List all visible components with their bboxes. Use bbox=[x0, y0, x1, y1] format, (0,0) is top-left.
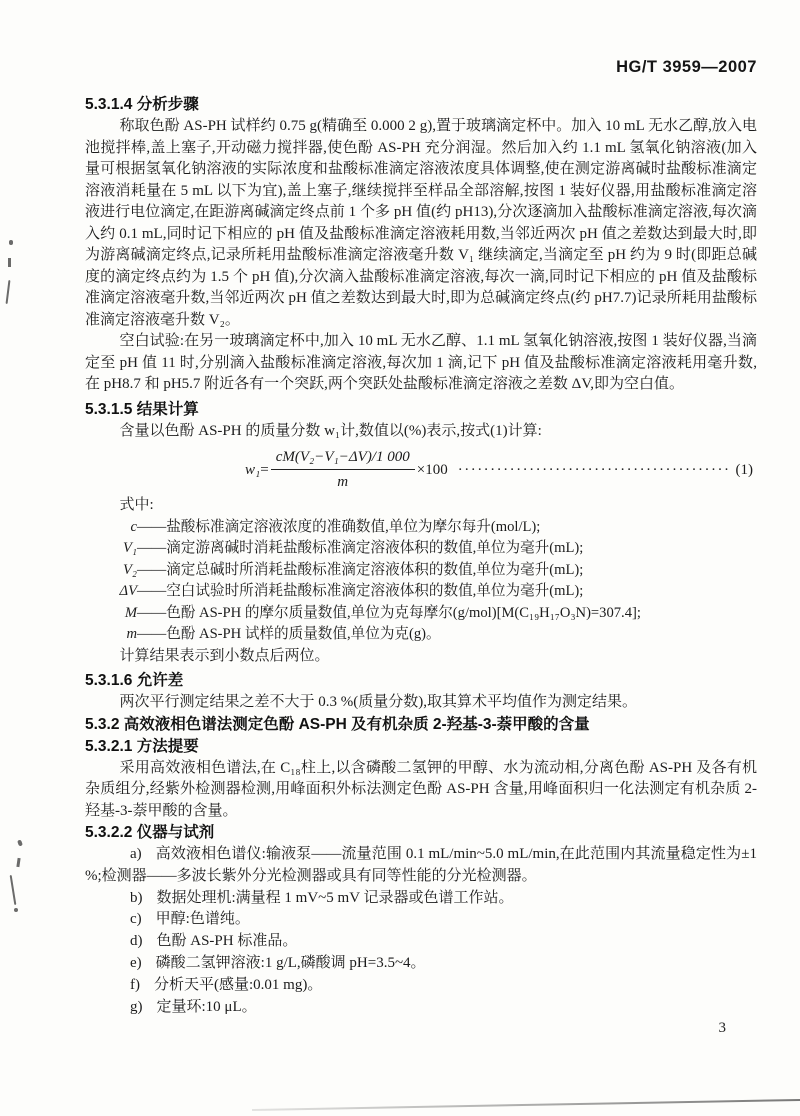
definition-row-m: m ——色酚 AS-PH 试样的质量数值,单位为克(g)。 bbox=[85, 624, 757, 646]
item-text: 定量环:10 μL。 bbox=[157, 999, 257, 1015]
section-heading-5315: 5.3.1.5 结果计算 bbox=[85, 399, 757, 421]
definition-term: c bbox=[85, 517, 137, 539]
equipment-item-d: d)色酚 AS-PH 标准品。 bbox=[85, 931, 757, 953]
definition-desc: ——滴定游离碱时消耗盐酸标准滴定溶液体积的数值,单位为毫升(mL); bbox=[137, 538, 757, 560]
formula-equals-sign: = bbox=[260, 460, 268, 480]
margin-pen-mark bbox=[10, 875, 17, 905]
margin-pen-mark bbox=[14, 908, 18, 912]
formula-denominator: m bbox=[271, 470, 415, 492]
formula-dot-leader: ········································… bbox=[458, 460, 728, 480]
scanned-document-page: HG/T 3959—2007 5.3.1.4 分析步骤 称取色酚 AS-PH 试… bbox=[0, 0, 800, 1116]
where-label: 式中: bbox=[85, 495, 757, 517]
definition-desc: ——盐酸标准滴定溶液浓度的准确数值,单位为摩尔每升(mol/L); bbox=[137, 517, 757, 539]
page-number: 3 bbox=[719, 1020, 727, 1037]
margin-pen-mark bbox=[16, 858, 20, 867]
equipment-item-b: b)数据处理机:满量程 1 mV~5 mV 记录器或色谱工作站。 bbox=[85, 888, 757, 910]
item-text: 分析天平(感量:0.01 mg)。 bbox=[154, 977, 322, 993]
definition-row-M: M ——色酚 AS-PH 的摩尔质量数值,单位为克每摩尔(g/mol)[M(C₁… bbox=[85, 603, 757, 625]
calc-intro-paragraph: 含量以色酚 AS-PH 的质量分数 w₁计,数值以(%)表示,按式(1)计算: bbox=[85, 421, 757, 443]
item-letter: a) bbox=[130, 846, 156, 862]
item-letter: g) bbox=[130, 999, 157, 1015]
margin-pen-mark bbox=[8, 258, 11, 267]
formula-multiplier: ×100 bbox=[417, 460, 448, 480]
formula-lhs: w₁ bbox=[245, 460, 260, 480]
definition-row-dv: ΔV ——空白试验时所消耗盐酸标准滴定溶液体积的数值,单位为毫升(mL); bbox=[85, 581, 757, 603]
margin-pen-mark bbox=[17, 839, 23, 846]
equipment-item-f: f)分析天平(感量:0.01 mg)。 bbox=[85, 975, 757, 997]
equipment-item-e: e)磷酸二氢钾溶液:1 g/L,磷酸调 pH=3.5~4。 bbox=[85, 953, 757, 975]
definition-desc: ——色酚 AS-PH 的摩尔质量数值,单位为克每摩尔(g/mol)[M(C₁₉H… bbox=[137, 603, 757, 625]
definition-term: V₂ bbox=[85, 560, 137, 582]
item-text: 高效液相色谱仪:输液泵——流量范围 0.1 mL/min~5.0 mL/min,… bbox=[85, 846, 757, 884]
margin-pen-mark bbox=[6, 280, 11, 304]
definition-term: M bbox=[85, 603, 137, 625]
margin-pen-mark bbox=[9, 240, 13, 245]
definition-row-v2: V₂ ——滴定总碱时所消耗盐酸标准滴定溶液体积的数值,单位为毫升(mL); bbox=[85, 560, 757, 582]
definition-desc: ——色酚 AS-PH 试样的质量数值,单位为克(g)。 bbox=[137, 624, 757, 646]
scanned-page-edge-line bbox=[252, 1099, 800, 1111]
formula-numerator: cM(V₂−V₁−ΔV)/1 000 bbox=[271, 447, 415, 470]
formula-fraction: cM(V₂−V₁−ΔV)/1 000 m bbox=[271, 447, 415, 492]
item-text: 磷酸二氢钾溶液:1 g/L,磷酸调 pH=3.5~4。 bbox=[156, 955, 426, 971]
definition-term: V₁ bbox=[85, 538, 137, 560]
section-heading-532: 5.3.2 高效液相色谱法测定色酚 AS-PH 及有机杂质 2-羟基-3-萘甲酸… bbox=[85, 714, 757, 736]
item-letter: b) bbox=[130, 890, 157, 906]
definition-desc: ——空白试验时所消耗盐酸标准滴定溶液体积的数值,单位为毫升(mL); bbox=[137, 581, 757, 603]
page-content: HG/T 3959—2007 5.3.1.4 分析步骤 称取色酚 AS-PH 试… bbox=[85, 56, 757, 1018]
definition-term: m bbox=[85, 624, 137, 646]
definition-term: ΔV bbox=[85, 581, 137, 603]
analysis-procedure-paragraph: 称取色酚 AS-PH 试样约 0.75 g(精确至 0.000 2 g),置于玻… bbox=[85, 116, 757, 331]
section-heading-5316: 5.3.1.6 允许差 bbox=[85, 670, 757, 692]
definition-row-v1: V₁ ——滴定游离碱时消耗盐酸标准滴定溶液体积的数值,单位为毫升(mL); bbox=[85, 538, 757, 560]
equipment-item-g: g)定量环:10 μL。 bbox=[85, 997, 757, 1019]
item-letter: d) bbox=[130, 933, 157, 949]
method-summary-paragraph: 采用高效液相色谱法,在 C₁₈柱上,以含磷酸二氢钾的甲醇、水为流动相,分离色酚 … bbox=[85, 758, 757, 823]
section-heading-5314: 5.3.1.4 分析步骤 bbox=[85, 94, 757, 116]
rounding-note: 计算结果表示到小数点后两位。 bbox=[85, 646, 757, 668]
equipment-item-c: c)甲醇:色谱纯。 bbox=[85, 909, 757, 931]
equipment-item-a: a)高效液相色谱仪:输液泵——流量范围 0.1 mL/min~5.0 mL/mi… bbox=[85, 844, 757, 888]
formula-expression: w₁ = cM(V₂−V₁−ΔV)/1 000 m ×100 bbox=[245, 447, 448, 492]
definition-row-c: c ——盐酸标准滴定溶液浓度的准确数值,单位为摩尔每升(mol/L); bbox=[85, 517, 757, 539]
item-letter: f) bbox=[130, 977, 154, 993]
tolerance-paragraph: 两次平行测定结果之差不大于 0.3 %(质量分数),取其算术平均值作为测定结果。 bbox=[85, 692, 757, 714]
item-letter: c) bbox=[130, 911, 156, 927]
section-heading-5321: 5.3.2.1 方法提要 bbox=[85, 736, 757, 758]
item-letter: e) bbox=[130, 955, 156, 971]
equation-1: w₁ = cM(V₂−V₁−ΔV)/1 000 m ×100 ·········… bbox=[85, 447, 757, 492]
section-heading-5322: 5.3.2.2 仪器与试剂 bbox=[85, 822, 757, 844]
item-text: 甲醇:色谱纯。 bbox=[156, 911, 250, 927]
definition-desc: ——滴定总碱时所消耗盐酸标准滴定溶液体积的数值,单位为毫升(mL); bbox=[137, 560, 757, 582]
blank-test-paragraph: 空白试验:在另一玻璃滴定杯中,加入 10 mL 无水乙醇、1.1 mL 氢氧化钠… bbox=[85, 331, 757, 396]
item-text: 色酚 AS-PH 标准品。 bbox=[157, 933, 298, 949]
standard-number-header: HG/T 3959—2007 bbox=[85, 56, 757, 80]
equation-number: (1) bbox=[736, 460, 754, 480]
item-text: 数据处理机:满量程 1 mV~5 mV 记录器或色谱工作站。 bbox=[157, 890, 514, 906]
